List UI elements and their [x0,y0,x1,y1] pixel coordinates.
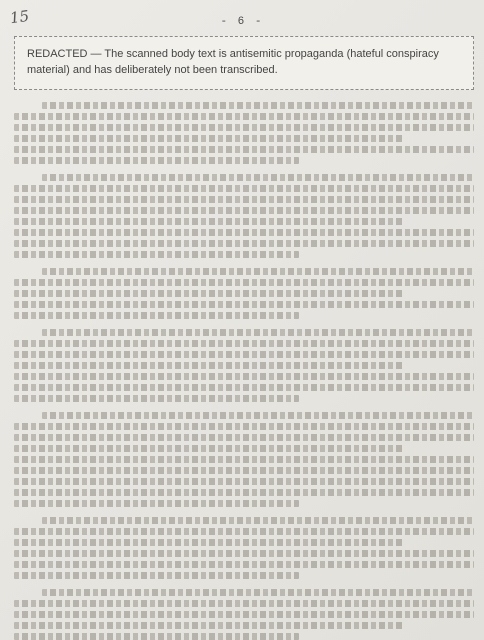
redaction-notice: REDACTED — The scanned body text is anti… [14,36,474,90]
redacted-paragraph [14,102,474,164]
redacted-paragraph [14,412,474,507]
redacted-paragraph [14,517,474,579]
scanned-page: 15 - 6 - REDACTED — The scanned body tex… [0,0,484,640]
redacted-paragraph [14,268,474,319]
redacted-paragraph [14,329,474,402]
redacted-paragraph [14,589,474,640]
document-body: REDACTED — The scanned body text is anti… [14,36,474,632]
redacted-paragraph [14,174,474,258]
page-number: - 6 - [0,16,484,28]
